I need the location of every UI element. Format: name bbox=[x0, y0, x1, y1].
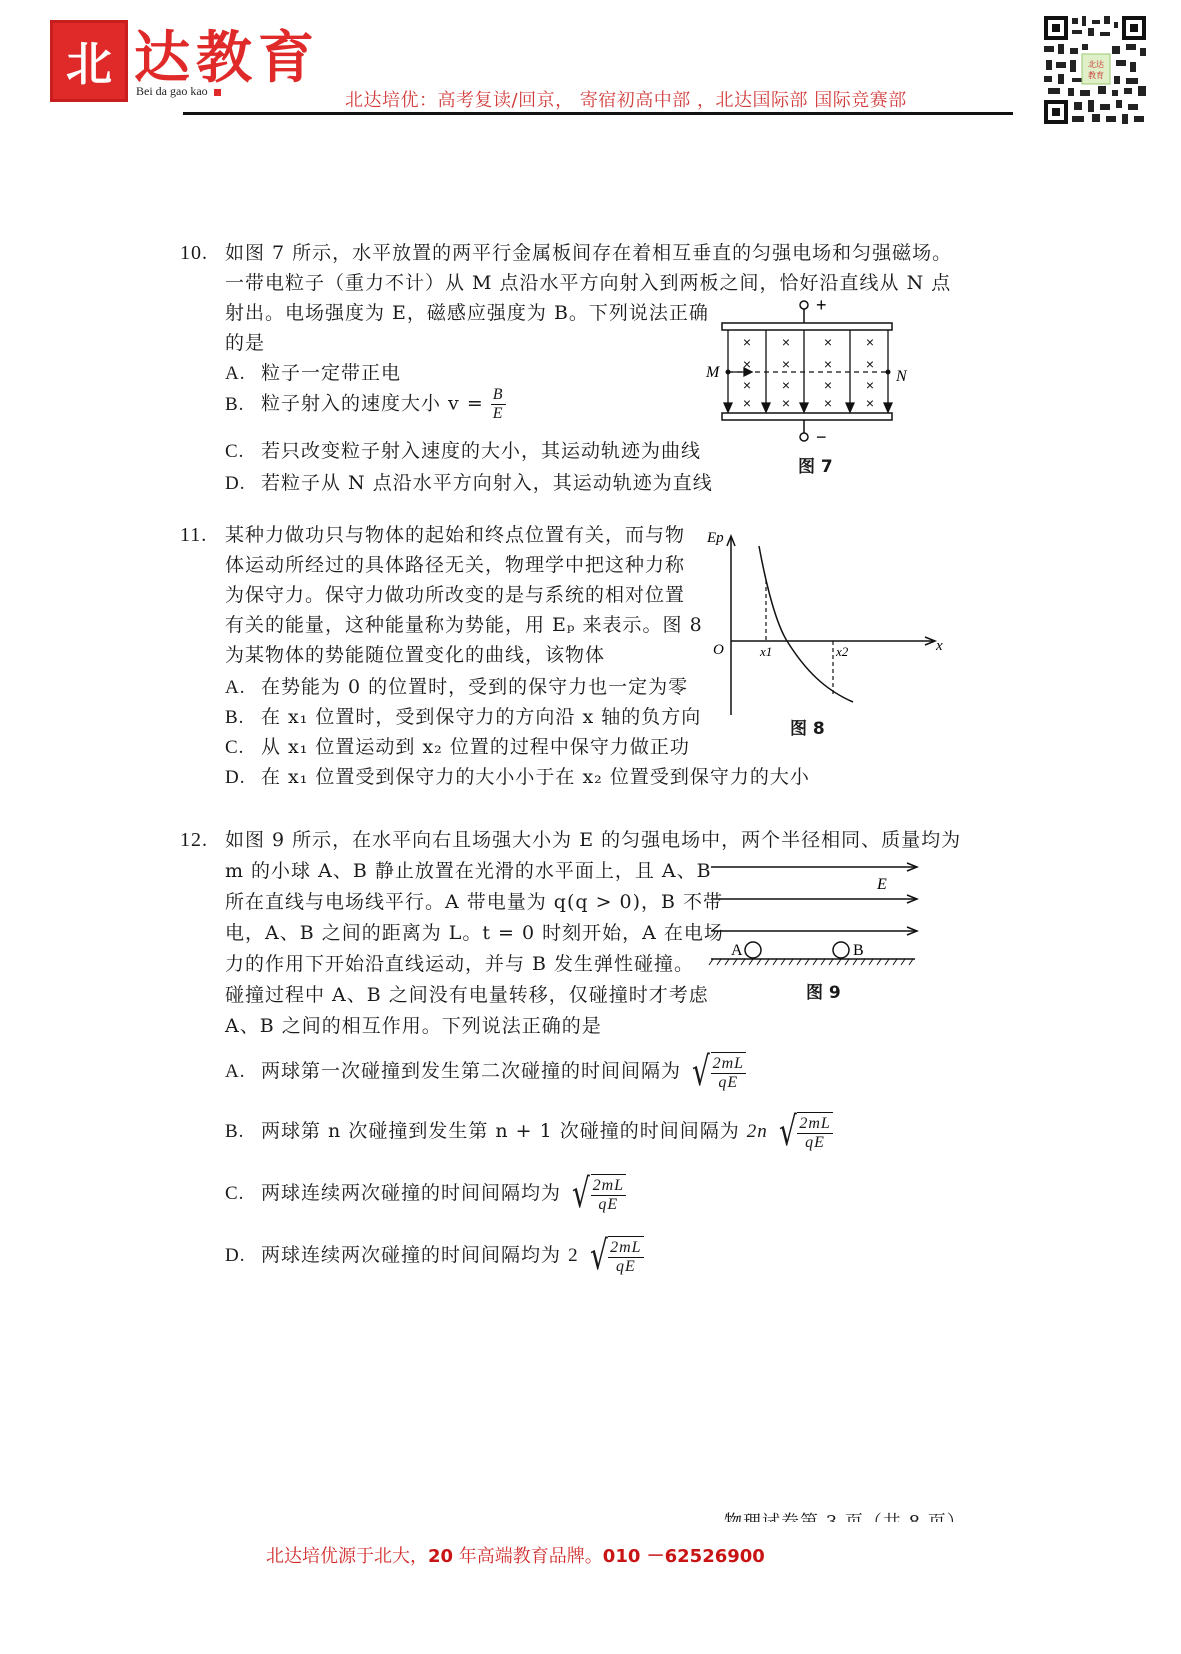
svg-text:×: × bbox=[782, 334, 790, 350]
question-stem-line: 力的作用下开始沿直线运动，并与 B 发生弹性碰撞。 bbox=[225, 949, 694, 980]
svg-text:−: − bbox=[816, 427, 827, 447]
question-number: 11. bbox=[180, 520, 207, 551]
logo-char: 北 bbox=[66, 28, 112, 94]
svg-text:×: × bbox=[782, 377, 790, 393]
phone-number: 010 －62526900 bbox=[603, 1546, 765, 1567]
svg-text:×: × bbox=[743, 377, 751, 393]
question-stem-line: 电，A、B 之间的距离为 L。t = 0 时刻开始，A 在电场 bbox=[225, 918, 724, 949]
svg-text:+: + bbox=[816, 295, 827, 315]
question-stem-line: 的是 bbox=[225, 328, 265, 359]
option-d[interactable]: D.若粒子从 N 点沿水平方向射入，其运动轨迹为直线 bbox=[225, 468, 713, 499]
svg-text:O: O bbox=[713, 642, 724, 658]
svg-text:×: × bbox=[866, 377, 874, 393]
option-d[interactable]: D.两球连续两次碰撞的时间间隔均为 2 √2mLqE bbox=[225, 1236, 644, 1276]
svg-text:Ep: Ep bbox=[706, 530, 724, 546]
figure-9-caption: 图 9 bbox=[806, 978, 841, 1003]
question-stem-line: 体运动所经过的具体路径无关，物理学中把这种力称 bbox=[225, 550, 685, 581]
svg-text:M: M bbox=[705, 364, 721, 381]
svg-text:×: × bbox=[866, 356, 874, 372]
question-number: 10. bbox=[180, 238, 208, 269]
option-b[interactable]: B.两球第 n 次碰撞到发生第 n + 1 次碰撞的时间间隔为 2n √2mLq… bbox=[225, 1112, 833, 1152]
formula-sqrt: √2mLqE bbox=[568, 1174, 626, 1214]
option-a[interactable]: A.两球第一次碰撞到发生第二次碰撞的时间间隔为 √2mLqE bbox=[225, 1052, 746, 1092]
figure-8-caption: 图 8 bbox=[790, 714, 825, 739]
svg-text:E: E bbox=[876, 876, 887, 893]
question-stem-line: 碰撞过程中 A、B 之间没有电量转移，仅碰撞时才考虑 bbox=[225, 980, 709, 1011]
option-c[interactable]: C.若只改变粒子射入速度的大小，其运动轨迹为曲线 bbox=[225, 436, 701, 467]
svg-text:x2: x2 bbox=[835, 644, 849, 659]
header-divider bbox=[183, 112, 1013, 115]
svg-text:×: × bbox=[743, 356, 751, 372]
qr-code-icon: 北达 教育 bbox=[1042, 14, 1148, 126]
svg-text:x: x bbox=[935, 638, 943, 654]
svg-text:B: B bbox=[853, 942, 864, 959]
option-a[interactable]: A.在势能为 0 的位置时，受到的保守力也一定为零 bbox=[225, 672, 688, 703]
figure-8-potential-energy-graph: Ep x O x1 x2 bbox=[705, 530, 945, 730]
svg-text:×: × bbox=[824, 395, 832, 411]
svg-text:×: × bbox=[743, 334, 751, 350]
svg-text:x1: x1 bbox=[759, 644, 772, 659]
question-stem-line: 为某物体的势能随位置变化的曲线，该物体 bbox=[225, 640, 605, 671]
figure-9-electric-field-diagram: E A B bbox=[705, 855, 935, 970]
header-slogan: 北达培优：高考复读/回京， 寄宿初高中部 ，北达国际部 国际竞赛部 bbox=[345, 86, 907, 112]
svg-text:×: × bbox=[866, 334, 874, 350]
question-stem-line: 为保守力。保守力做功所改变的是与系统的相对位置 bbox=[225, 580, 685, 611]
option-b[interactable]: B.粒子射入的速度大小 v = BE bbox=[225, 386, 506, 423]
option-c[interactable]: C.两球连续两次碰撞的时间间隔均为 √2mLqE bbox=[225, 1174, 626, 1214]
svg-text:×: × bbox=[824, 334, 832, 350]
question-stem-line: m 的小球 A、B 静止放置在光滑的水平面上，且 A、B bbox=[225, 856, 712, 887]
svg-text:×: × bbox=[782, 395, 790, 411]
logo-subtitle: Bei da gao kao bbox=[136, 84, 221, 99]
svg-text:×: × bbox=[743, 395, 751, 411]
option-b[interactable]: B.在 x₁ 位置时，受到保守力的方向沿 x 轴的负方向 bbox=[225, 702, 701, 733]
svg-text:×: × bbox=[824, 377, 832, 393]
question-stem-line: 如图 9 所示，在水平向右且场强大小为 E 的匀强电场中，两个半径相同、质量均为 bbox=[225, 825, 961, 856]
logo-name: 达教育 bbox=[134, 14, 320, 94]
svg-text:教育: 教育 bbox=[1088, 70, 1104, 80]
footer-advert: 北达培优源于北大，20 年高端教育品牌。010 －62526900 bbox=[266, 1542, 765, 1568]
question-stem-line: 如图 7 所示，水平放置的两平行金属板间存在着相互垂直的匀强电场和匀强磁场。 bbox=[225, 238, 952, 269]
figure-7-capacitor-diagram: ×××× ×××× ×××× ×××× + − M N bbox=[700, 295, 930, 465]
formula-sqrt: √2mLqE bbox=[586, 1236, 644, 1276]
figure-7-caption: 图 7 bbox=[798, 452, 833, 477]
svg-text:A: A bbox=[731, 942, 743, 959]
svg-text:北达: 北达 bbox=[1088, 59, 1104, 69]
question-stem-line: 某种力做功只与物体的起始和终点位置有关，而与物 bbox=[225, 520, 685, 551]
formula-sqrt: √2mLqE bbox=[688, 1052, 746, 1092]
formula-fraction: BE bbox=[491, 386, 506, 423]
question-stem-line: 射出。电场强度为 E，磁感应强度为 B。下列说法正确 bbox=[225, 298, 709, 329]
option-a[interactable]: A.粒子一定带正电 bbox=[225, 358, 401, 389]
svg-text:×: × bbox=[824, 356, 832, 372]
option-d[interactable]: D.在 x₁ 位置受到保守力的大小小于在 x₂ 位置受到保守力的大小 bbox=[225, 762, 810, 793]
question-stem-line: 所在直线与电场线平行。A 带电量为 q(q > 0)，B 不带 bbox=[225, 887, 723, 918]
logo-square-icon bbox=[214, 89, 221, 96]
page-number: 物理试卷第 3 页（共 8 页） bbox=[724, 1508, 966, 1522]
logo-mark: 北 bbox=[50, 20, 128, 102]
formula-sqrt: √2mLqE bbox=[775, 1112, 833, 1152]
svg-text:N: N bbox=[895, 368, 908, 385]
question-number: 12. bbox=[180, 825, 208, 856]
question-stem-line: 有关的能量，这种能量称为势能，用 Eₚ 来表示。图 8 bbox=[225, 610, 703, 641]
question-stem-line: A、B 之间的相互作用。下列说法正确的是 bbox=[225, 1011, 602, 1042]
svg-text:×: × bbox=[866, 395, 874, 411]
option-c[interactable]: C.从 x₁ 位置运动到 x₂ 位置的过程中保守力做正功 bbox=[225, 732, 690, 763]
svg-text:×: × bbox=[782, 356, 790, 372]
